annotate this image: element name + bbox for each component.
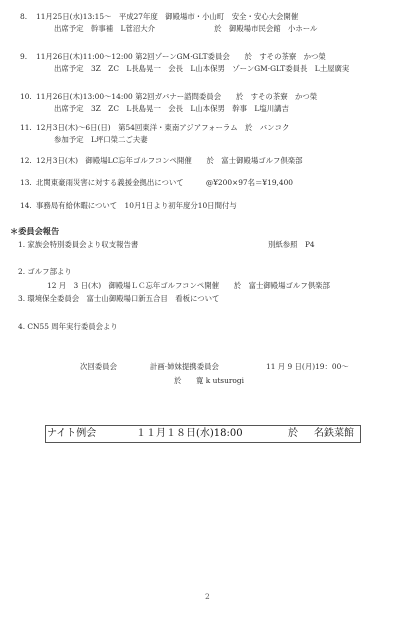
agenda-item-11-text: 12月3日(木)～6日(日) 第54回東洋・東南アジアフォーラム 於 バンコク (36, 123, 289, 133)
agenda-item-8-number: 8. (20, 12, 27, 22)
next-meeting-venue-prefix: 於 (174, 376, 181, 386)
agenda-item-10-number: 10. (20, 92, 32, 102)
agenda-item-11-number: 11. (20, 123, 32, 133)
committee-report-2-detail: 12 月 3 日(木) 御殿場ＬＣ忘年ゴルフコンペ開催 於 富士御殿場ゴルフ倶楽… (47, 281, 330, 291)
committee-report-4: 4. CN55 周年実行委員会より (18, 322, 118, 332)
committee-report-1: 1. 家族会特別委員会より収支報告書 (18, 240, 138, 250)
next-meeting-label: 次回委員会 (80, 362, 117, 372)
agenda-item-13-text: 北関東豪雨災害に対する義援金拠出について @¥200×97名＝¥19,400 (36, 178, 293, 188)
agenda-item-10-text: 11月26日(木)13:00～14:00 第2回ガバナー諮問委員会 於 すその茶… (36, 92, 317, 102)
agenda-item-8-text: 11月25日(水)13:15～ 平成27年度 御殿場市・小山町 安全・安心大会開… (36, 12, 298, 22)
committee-report-3: 3. 環境保全委員会 富士山御殿場口新五合目 看板について (18, 294, 219, 304)
agenda-item-9-attendance: 出席予定 3Z ZC L長島晃一 会長 L山本保男 ゾーンGM·GLT委員長 L… (54, 64, 349, 74)
next-meeting-datetime: 11 月 9 日(月)19：00～ (266, 362, 349, 372)
next-meeting-committee: 計画·姉妹提携委員会 (150, 362, 219, 372)
night-meeting-title: ナイト例会 (47, 426, 96, 442)
committee-report-1-note: 別紙参照 P4 (268, 240, 315, 250)
committee-report-2: 2. ゴルフ部より (18, 267, 72, 277)
page-number: 2 (205, 592, 210, 602)
agenda-item-10-attendance: 出席予定 3Z ZC L長島晃一 会長 L山本保男 幹事 L塩川講吉 (54, 104, 289, 114)
agenda-item-9-number: 9. (20, 52, 27, 62)
night-meeting-venue: 名鉄菜館 (314, 426, 354, 442)
agenda-item-12-text: 12月3日(木) 御殿場LC忘年ゴルフコンペ開催 於 富士御殿場ゴルフ倶楽部 (36, 156, 303, 166)
agenda-item-9-text: 11月26日(木)11:00～12:00 第2回ゾーンGM·GLT委員会 於 す… (36, 52, 326, 62)
agenda-item-12-number: 12. (20, 156, 32, 166)
agenda-item-11-attendance: 参加予定 L坪口榮二ご夫妻 (54, 135, 148, 145)
committee-report-heading: ＊委員会報告 (10, 226, 59, 236)
agenda-item-14-number: 14. (20, 201, 32, 211)
agenda-item-8-attendance: 出席予定 幹事補 L菅沼大介 於 御殿場市民会館 小ホール (54, 24, 317, 34)
night-meeting-box: ナイト例会 １１月１８日(水)18:00 於 名鉄菜館 (45, 425, 361, 443)
agenda-item-14-text: 事務局有給休暇について 10月1日より初年度分10日間付与 (36, 201, 237, 211)
night-meeting-datetime: １１月１８日(水)18:00 (136, 426, 243, 442)
next-meeting-venue: 寛 k utsurogi (196, 376, 244, 386)
night-meeting-venue-prefix: 於 (288, 426, 298, 442)
agenda-item-13-number: 13. (20, 178, 32, 188)
